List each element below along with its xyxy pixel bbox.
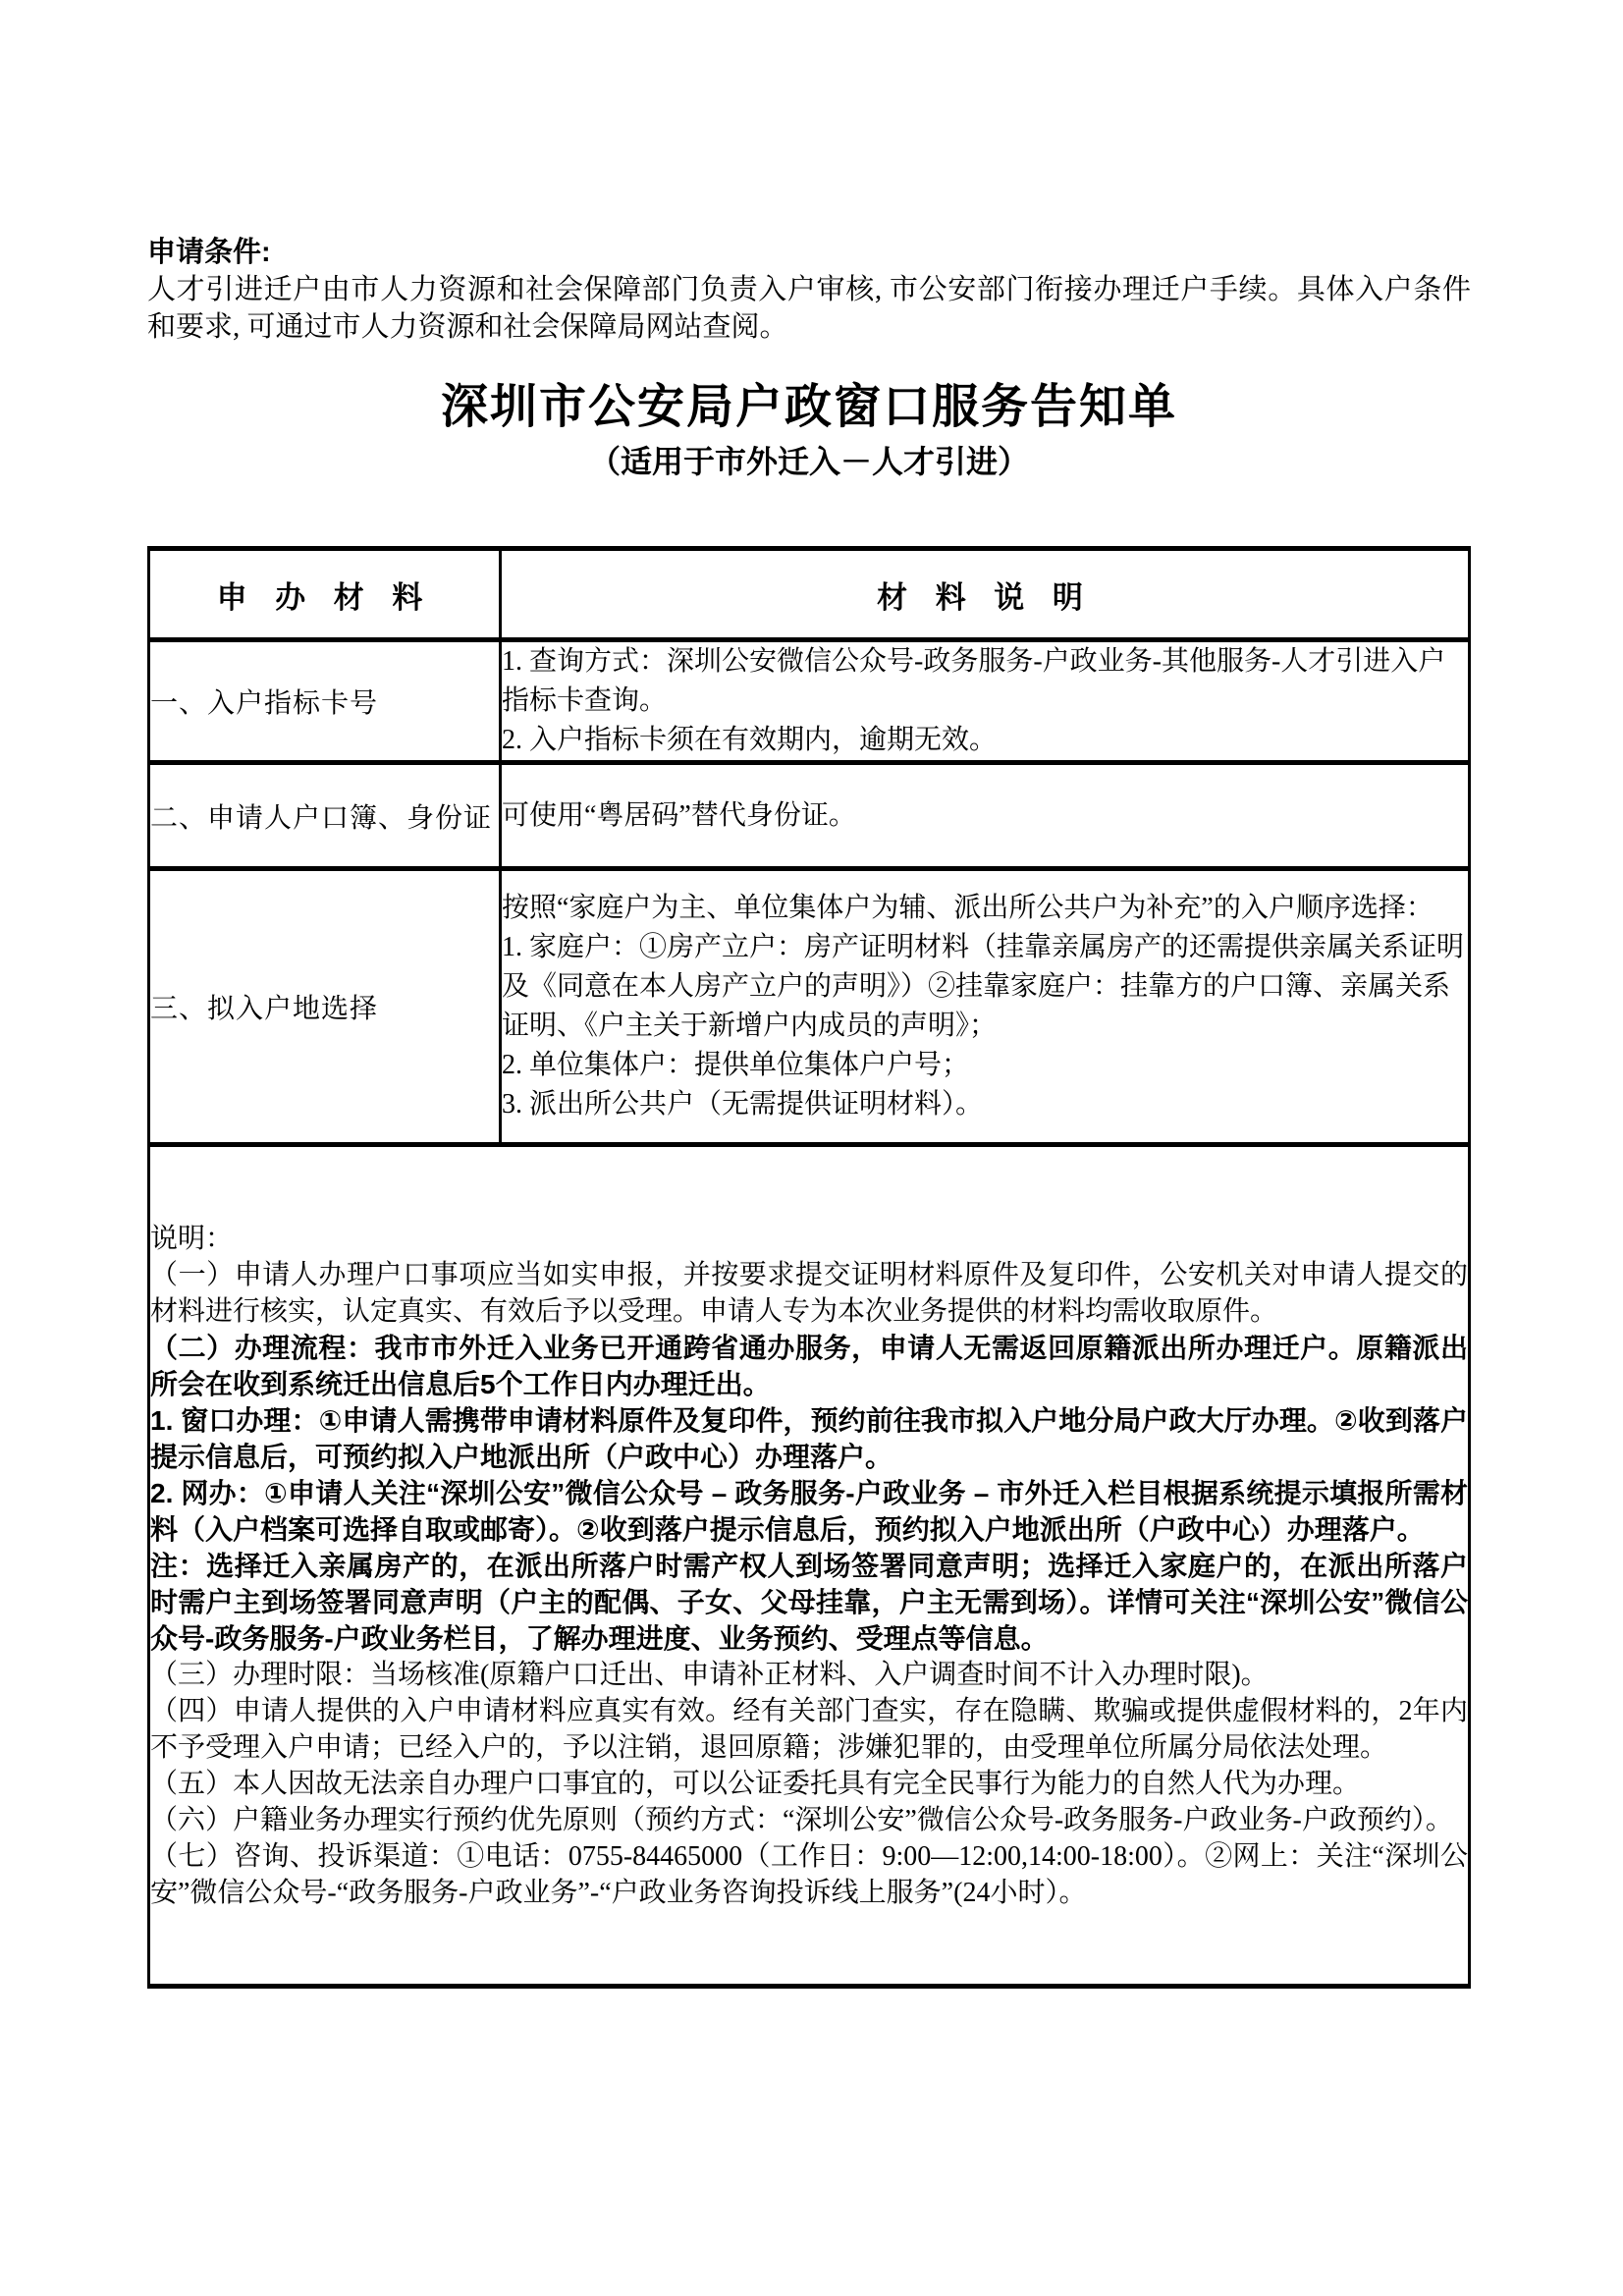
table-row: 一、入户指标卡号 1. 查询方式：深圳公安微信公众号-政务服务-户政业务-其他服… xyxy=(149,640,1470,763)
table-row: 二、申请人户口簿、身份证 可使用“粤居码”替代身份证。 xyxy=(149,763,1470,869)
material-name-indicator-card: 一、入户指标卡号 xyxy=(149,640,501,763)
column-header-materials: 申 办 材 料 xyxy=(149,549,501,640)
note-item-1: （一）申请人办理户口事项应当如实申报，并按要求提交证明材料原件及复印件，公安机关… xyxy=(150,1257,1468,1330)
table-header-row: 申 办 材 料 材 料 说 明 xyxy=(149,549,1470,640)
notes-label: 说明： xyxy=(150,1221,1468,1257)
column-header-description: 材 料 说 明 xyxy=(501,549,1470,640)
application-conditions-label: 申请条件: xyxy=(147,234,1471,271)
material-description-settlement-location: 按照“家庭户为主、单位集体户为辅、派出所公共户为补充”的入户顺序选择： 1. 家… xyxy=(501,869,1470,1145)
document-page: 申请条件: 人才引进迁户由市人力资源和社会保障部门负责入户审核, 市公安部门衔接… xyxy=(147,0,1471,1989)
table-row: 三、拟入户地选择 按照“家庭户为主、单位集体户为辅、派出所公共户为补充”的入户顺… xyxy=(149,869,1470,1145)
materials-table: 申 办 材 料 材 料 说 明 一、入户指标卡号 1. 查询方式：深圳公安微信公… xyxy=(147,546,1471,1989)
note-item-3: （三）办理时限：当场核准(原籍户口迁出、申请补正材料、入户调查时间不计入办理时限… xyxy=(150,1657,1468,1693)
note-item-7: （七）咨询、投诉渠道：①电话：0755-84465000（工作日：9:00—12… xyxy=(150,1838,1468,1911)
note-item-4: （四）申请人提供的入户申请材料应真实有效。经有关部门查实，存在隐瞒、欺骗或提供虚… xyxy=(150,1693,1468,1766)
note-item-2-window: 1. 窗口办理：①申请人需携带申请材料原件及复印件，预约前往我市拟入户地分局户政… xyxy=(150,1402,1468,1475)
application-conditions-text: 人才引进迁户由市人力资源和社会保障部门负责入户审核, 市公安部门衔接办理迁户手续… xyxy=(147,271,1471,346)
page-title: 深圳市公安局户政窗口服务告知单 xyxy=(147,381,1471,434)
material-name-hukou-id: 二、申请人户口簿、身份证 xyxy=(149,763,501,869)
note-item-6: （六）户籍业务办理实行预约优先原则（预约方式：“深圳公安”微信公众号-政务服务-… xyxy=(150,1802,1468,1838)
notes-cell: 说明： （一）申请人办理户口事项应当如实申报，并按要求提交证明材料原件及复印件，… xyxy=(149,1145,1470,1987)
application-conditions-section: 申请条件: 人才引进迁户由市人力资源和社会保障部门负责入户审核, 市公安部门衔接… xyxy=(147,234,1471,346)
page-subtitle: （适用于市外迁入－人才引进） xyxy=(147,442,1471,481)
note-item-5: （五）本人因故无法亲自办理户口事宜的，可以公证委托具有完全民事行为能力的自然人代… xyxy=(150,1766,1468,1802)
material-description-hukou-id: 可使用“粤居码”替代身份证。 xyxy=(501,763,1470,869)
material-description-indicator-card: 1. 查询方式：深圳公安微信公众号-政务服务-户政业务-其他服务-人才引进入户指… xyxy=(501,640,1470,763)
note-item-2: （二）办理流程：我市市外迁入业务已开通跨省通办服务，申请人无需返回原籍派出所办理… xyxy=(150,1330,1468,1402)
notes-row: 说明： （一）申请人办理户口事项应当如实申报，并按要求提交证明材料原件及复印件，… xyxy=(149,1145,1470,1987)
material-name-settlement-location: 三、拟入户地选择 xyxy=(149,869,501,1145)
note-item-2-online: 2. 网办：①申请人关注“深圳公安”微信公众号 – 政务服务-户政业务 – 市外… xyxy=(150,1475,1468,1548)
note-item-remark: 注：选择迁入亲属房产的，在派出所落户时需产权人到场签署同意声明；选择迁入家庭户的… xyxy=(150,1548,1468,1657)
